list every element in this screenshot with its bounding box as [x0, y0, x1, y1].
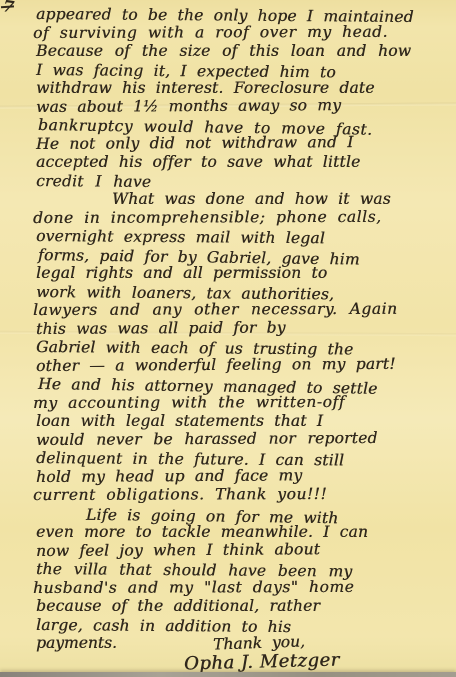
letter-page: 7 appeared to be the only hope I maintai… [0, 0, 456, 677]
letter-line: hold my head up and face my [36, 465, 450, 486]
letter-line: would never be harassed nor reported [36, 428, 450, 449]
letter-line: other — a wonderful feeling on my part! [36, 354, 450, 375]
letter-line: because of the additional, rather [36, 597, 450, 616]
letter-line: loan with legal statements that I [36, 412, 450, 431]
scanned-paper-edge [0, 672, 456, 677]
letter-line: current obligations. Thank you!!! [33, 485, 447, 505]
letter-line: lawyers and any other necessary. Again [33, 300, 447, 320]
letter-line: husband's and my "last days" home [33, 577, 447, 597]
letter-line: Because of the size of this loan and how [36, 42, 450, 61]
letter-line: my accounting with the written-off [33, 392, 447, 412]
letter-line: was about 1½ months away so my [36, 95, 450, 116]
letter-line: overnight express mail with legal [36, 227, 450, 249]
letter-line: credit I have [36, 172, 450, 194]
letter-line: of surviving with a roof over my head. [33, 22, 447, 42]
letter-line: accepted his offer to save what little [36, 153, 450, 172]
page-number: 7 [2, 0, 16, 17]
letter-line: now feel joy when I think about [36, 539, 450, 560]
last-body-word: payments. [36, 634, 117, 653]
letter-line: this was was all paid for by [36, 317, 450, 338]
letter-lines: appeared to be the only hope I maintaine… [36, 5, 450, 634]
letter-body: appeared to be the only hope I maintaine… [36, 5, 450, 673]
letter-line: He not only did not withdraw and I [36, 132, 450, 153]
letter-line: done in incomprehensible; phone calls, [33, 207, 447, 227]
letter-line: I was facing it, I expected him to [36, 61, 450, 83]
